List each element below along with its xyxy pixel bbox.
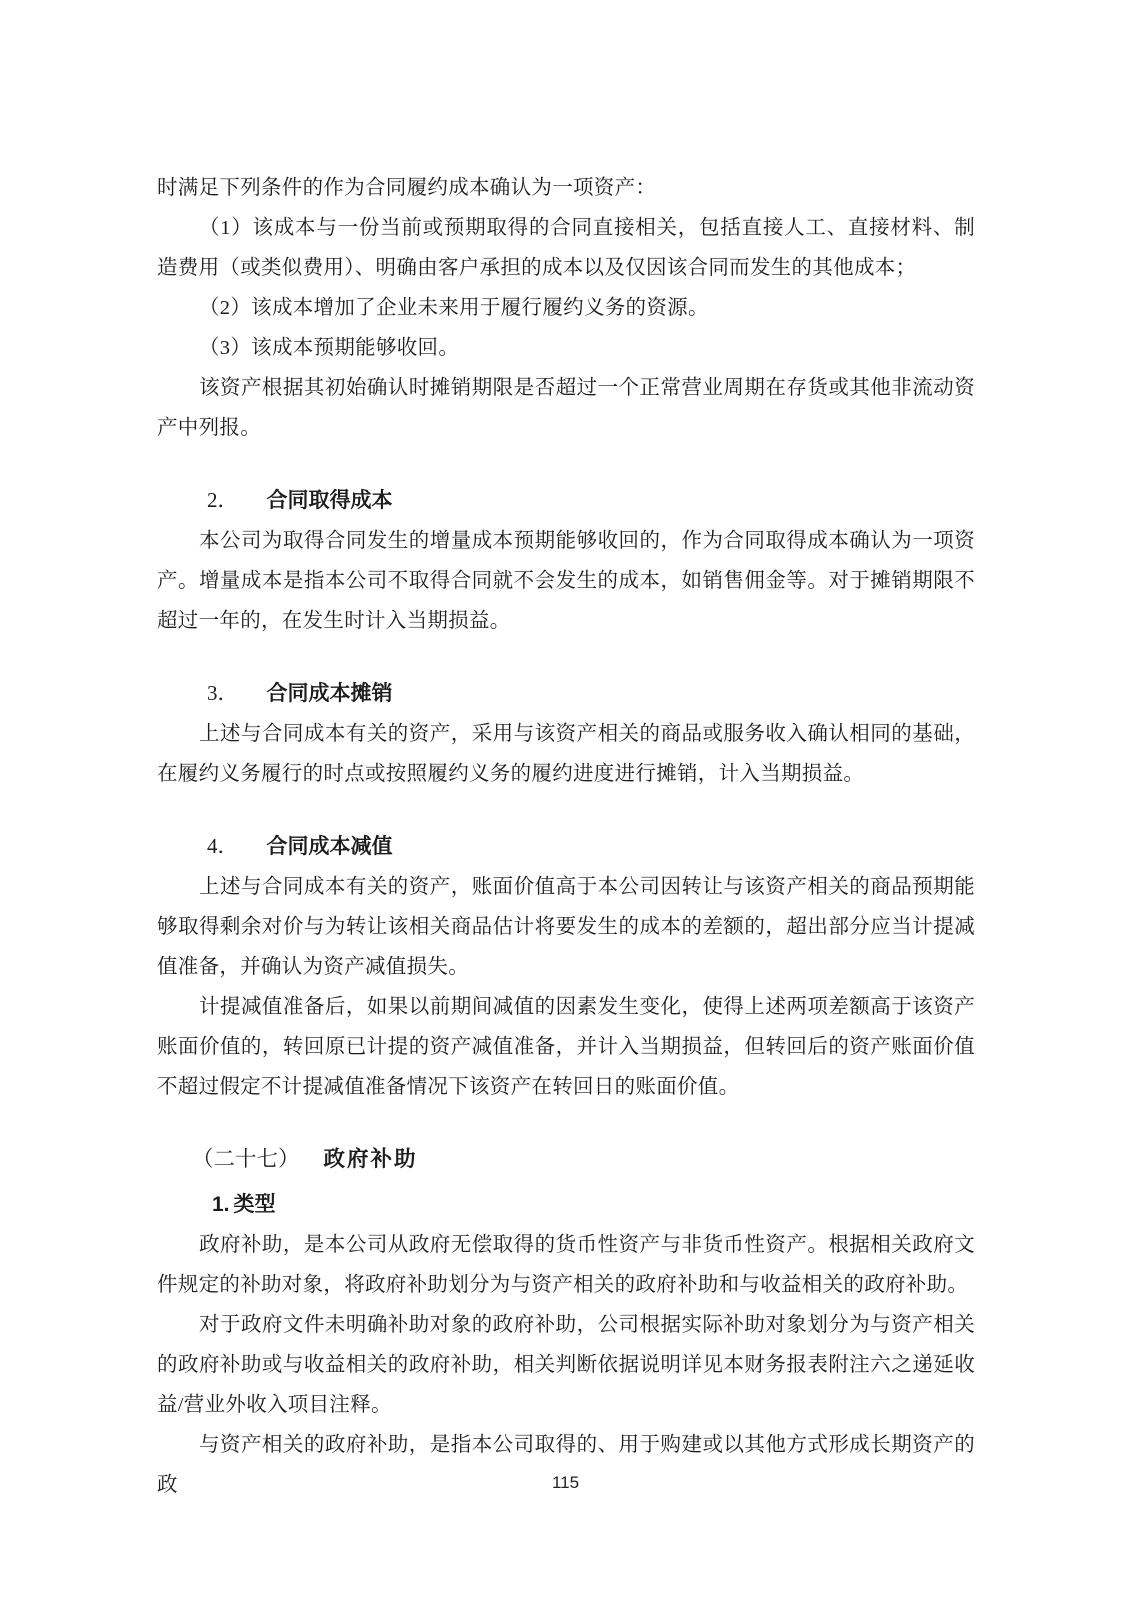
heading-title: 合同成本摊销 xyxy=(267,682,393,705)
paragraph-condition-3: （3）该成本预期能够收回。 xyxy=(157,328,975,368)
chapter-title: 政府补助 xyxy=(324,1147,418,1171)
heading-number: 2． xyxy=(207,488,239,512)
document-content: 时满足下列条件的作为合同履约成本确认为一项资产： （1）该成本与一份当前或预期取… xyxy=(157,168,975,1505)
heading-grant-types: 1.类型 xyxy=(157,1185,975,1225)
paragraph-impairment-reversal: 计提减值准备后，如果以前期间减值的因素发生变化，使得上述两项差额高于该资产账面价… xyxy=(157,987,975,1107)
heading-number: 4． xyxy=(207,834,239,858)
paragraph-condition-1: （1）该成本与一份当前或预期取得的合同直接相关，包括直接人工、直接材料、制造费用… xyxy=(157,208,975,288)
paragraph-impairment-recognition: 上述与合同成本有关的资产，账面价值高于本公司因转让与该资产相关的商品预期能够取得… xyxy=(157,867,975,987)
heading-title: 合同成本减值 xyxy=(267,835,393,858)
paragraph-grant-classification: 对于政府文件未明确补助对象的政府补助，公司根据实际补助对象划分为与资产相关的政府… xyxy=(157,1305,975,1425)
page-footer: 115 xyxy=(0,1473,1131,1493)
paragraph-contract-acquisition-cost: 本公司为取得合同发生的增量成本预期能够收回的，作为合同取得成本确认为一项资产。增… xyxy=(157,521,975,641)
paragraph-asset-presentation: 该资产根据其初始确认时摊销期限是否超过一个正常营业周期在存货或其他非流动资产中列… xyxy=(157,368,975,448)
subheading-number: 1. xyxy=(212,1193,230,1216)
heading-title: 合同取得成本 xyxy=(267,489,393,512)
paragraph-condition-2: （2）该成本增加了企业未来用于履行履约义务的资源。 xyxy=(157,288,975,328)
heading-government-grants: （二十七）政府补助 xyxy=(157,1139,975,1179)
heading-contract-cost-impairment: 4．合同成本减值 xyxy=(157,826,975,867)
subheading-title: 类型 xyxy=(234,1193,276,1216)
chapter-number: （二十七） xyxy=(192,1147,300,1171)
paragraph-asset-related-grant: 与资产相关的政府补助，是指本公司取得的、用于购建或以其他方式形成长期资产的政 xyxy=(157,1425,975,1505)
paragraph-contract-cost-intro: 时满足下列条件的作为合同履约成本确认为一项资产： xyxy=(157,168,975,208)
document-page: 时满足下列条件的作为合同履约成本确认为一项资产： （1）该成本与一份当前或预期取… xyxy=(0,0,1131,1600)
page-number: 115 xyxy=(552,1473,579,1492)
heading-contract-cost-amortization: 3．合同成本摊销 xyxy=(157,673,975,714)
heading-contract-acquisition-cost: 2．合同取得成本 xyxy=(157,480,975,521)
heading-number: 3． xyxy=(207,681,239,705)
paragraph-grant-definition: 政府补助，是本公司从政府无偿取得的货币性资产与非货币性资产。根据相关政府文件规定… xyxy=(157,1225,975,1305)
paragraph-contract-cost-amortization: 上述与合同成本有关的资产，采用与该资产相关的商品或服务收入确认相同的基础，在履约… xyxy=(157,714,975,794)
